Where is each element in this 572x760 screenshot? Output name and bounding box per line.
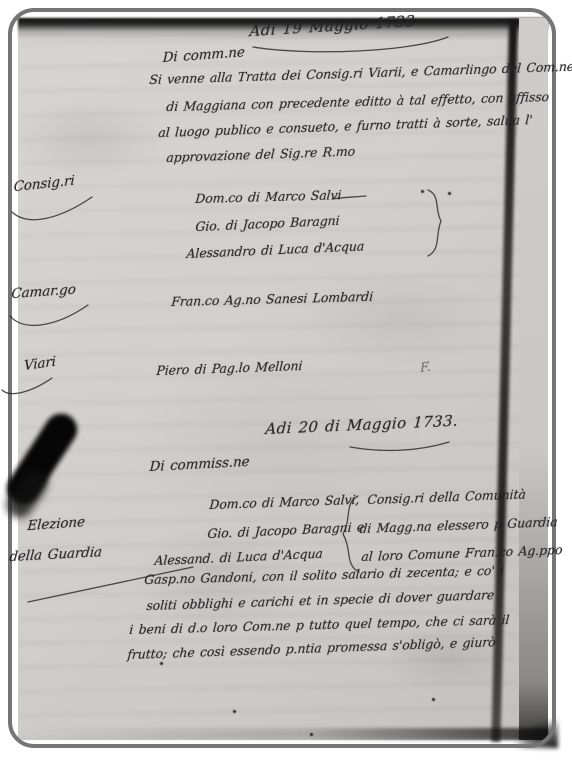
elector-name: Gio. di Jacopo Baragni e <box>207 519 365 541</box>
entry1-body-line: Si venne alla Tratta dei Consig.ri Viari… <box>149 59 572 87</box>
margin-label-viari: Viari <box>24 354 56 375</box>
entry2-date: Adi 20 di Maggio 1733. <box>265 412 459 438</box>
right-column-line: al loro Comune Fran.co Ag.ppo <box>361 542 563 564</box>
right-column-line: Consig.ri della Comunità <box>367 486 526 507</box>
entry2-body-line: soliti obblighi e carichi et in specie d… <box>146 587 495 613</box>
margin-label-camarlingo: Camar.go <box>11 282 76 303</box>
margin-note-guardia: della Guardia <box>9 544 103 565</box>
right-column-line: di Magg.na elessero p Guardia <box>359 514 558 536</box>
consigliere-name: Alessandro di Luca d'Acqua <box>186 238 365 261</box>
elector-name: Dom.co di Marco Salvi, <box>209 492 360 512</box>
ink-speck <box>421 190 424 193</box>
margin-label-consiglieri: Consig.ri <box>13 173 74 196</box>
ink-speck <box>160 662 163 665</box>
entry2-body-line: Gasp.no Gandoni, con il solito salario d… <box>144 563 505 587</box>
side-mark: F. <box>420 359 431 376</box>
camarlingo-name: Fran.co Ag.no Sanesi Lombardi <box>171 289 374 309</box>
entry1-body-line: di Maggiana con precedente editto à tal … <box>166 89 550 114</box>
consigliere-name: Gio. di Jacopo Baragni <box>195 213 340 234</box>
viari-name: Piero di Pag.lo Melloni <box>156 358 303 378</box>
entry1-label: Di comm.ne <box>162 44 245 66</box>
entry1-date: Adi 19 Maggio 1733 <box>249 12 415 40</box>
consigliere-name: Dom.co di Marco Salvi <box>195 187 342 206</box>
elector-name: Alessand. di Luca d'Acqua <box>154 546 323 568</box>
ink-speck <box>233 710 236 713</box>
ink-speck <box>432 698 435 701</box>
ink-speck <box>448 192 451 195</box>
entry1-body-line: al luogo publico e consueto, e furno tra… <box>158 112 533 140</box>
entry2-label: Di commiss.ne <box>149 454 250 475</box>
ink-speck <box>310 733 313 736</box>
entry1-body-line: approvazione del Sig.re R.mo <box>166 143 356 165</box>
scanned-manuscript-page: Adi 19 Maggio 1733 Di comm.ne Si venne a… <box>0 0 572 760</box>
handwriting-layer: Adi 19 Maggio 1733 Di comm.ne Si venne a… <box>0 0 572 760</box>
entry2-body-line: frutto; che così essendo p.ntia promessa… <box>127 634 496 662</box>
margin-note-elezione: Elezione <box>27 514 86 534</box>
entry2-body-line: i beni di d.o loro Com.ne p tutto quel t… <box>129 612 510 637</box>
